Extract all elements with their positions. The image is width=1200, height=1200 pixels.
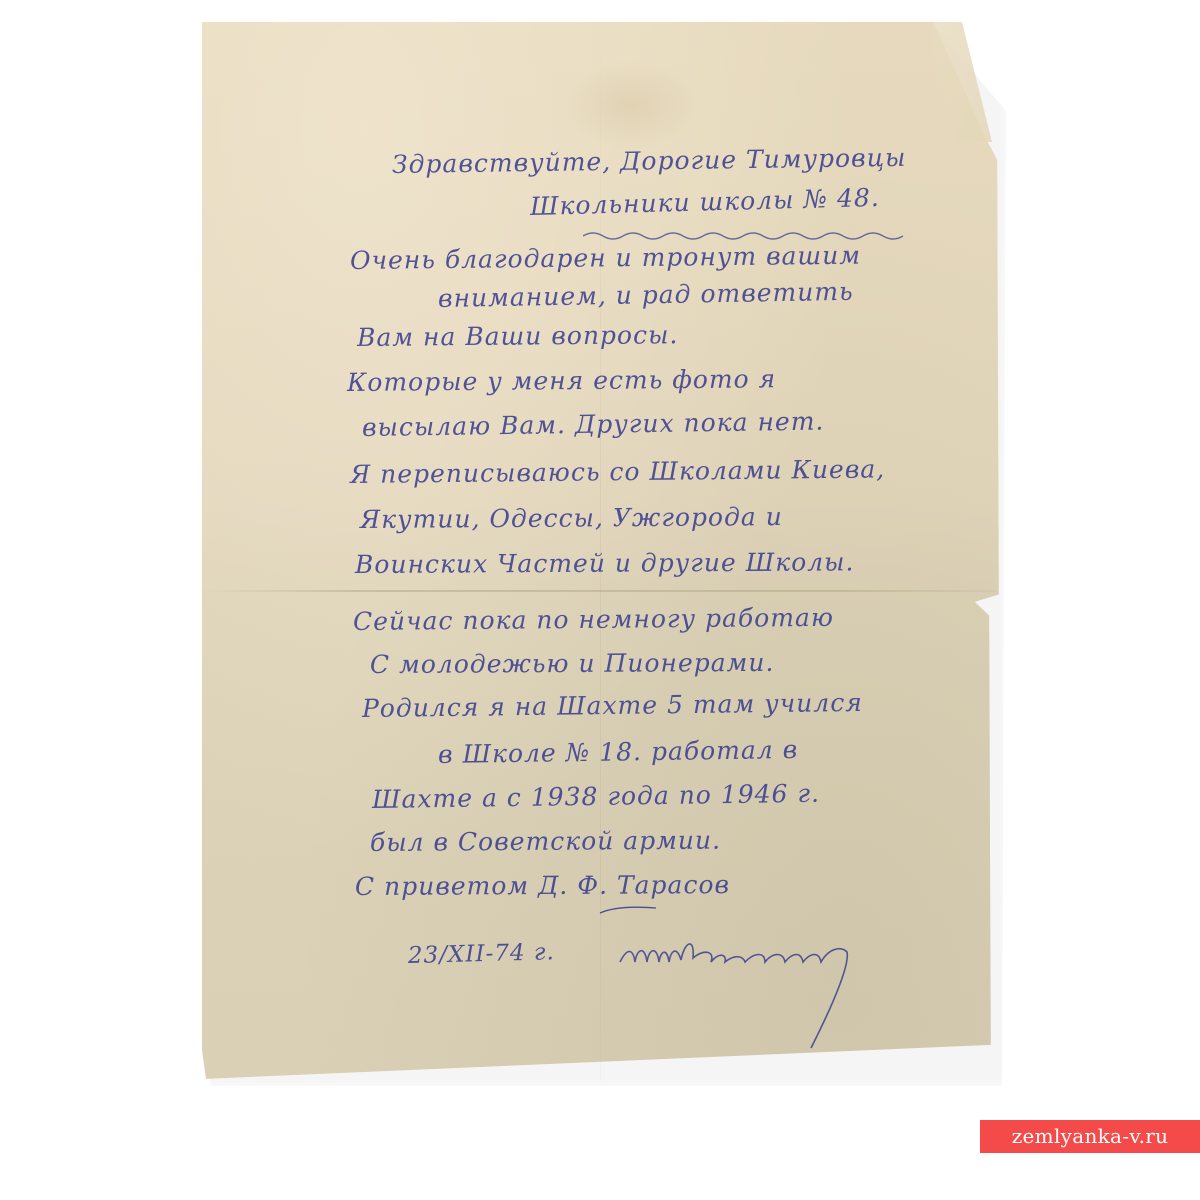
decorative-squiggle-underline [583, 228, 913, 242]
letter-line: в Школе № 18. работал в [438, 735, 799, 769]
letter-line: Родился я на Шахте 5 там учился [362, 688, 863, 723]
letter-line: Якутии, Одессы, Ужгорода и [360, 502, 783, 534]
letter-line: Я переписываюсь со Школами Киева, [350, 454, 885, 489]
letter-line: был в Советской армии. [370, 826, 721, 857]
letter-line: Воинских Частей и другие Школы. [355, 547, 855, 579]
letter-line: Которые у меня есть фото я [347, 364, 776, 397]
paper-stain [560, 60, 700, 150]
letter-line: Очень благодарен и тронут вашим [350, 241, 861, 275]
letter-line: Вам на Ваши вопросы. [357, 320, 679, 352]
name-underline-stroke [598, 905, 658, 915]
letter-line: С молодежью и Пионерами. [370, 648, 775, 679]
handwritten-signature [615, 930, 935, 1050]
letter-line: Сейчас пока по немногу работаю [353, 603, 834, 636]
site-watermark: zemlyanka-v.ru [980, 1120, 1200, 1153]
letter-date: 23/XII-74 г. [408, 939, 555, 969]
horizontal-fold-crease [202, 590, 997, 592]
letter-closing: С приветом Д. Ф. Тарасов [355, 870, 730, 901]
